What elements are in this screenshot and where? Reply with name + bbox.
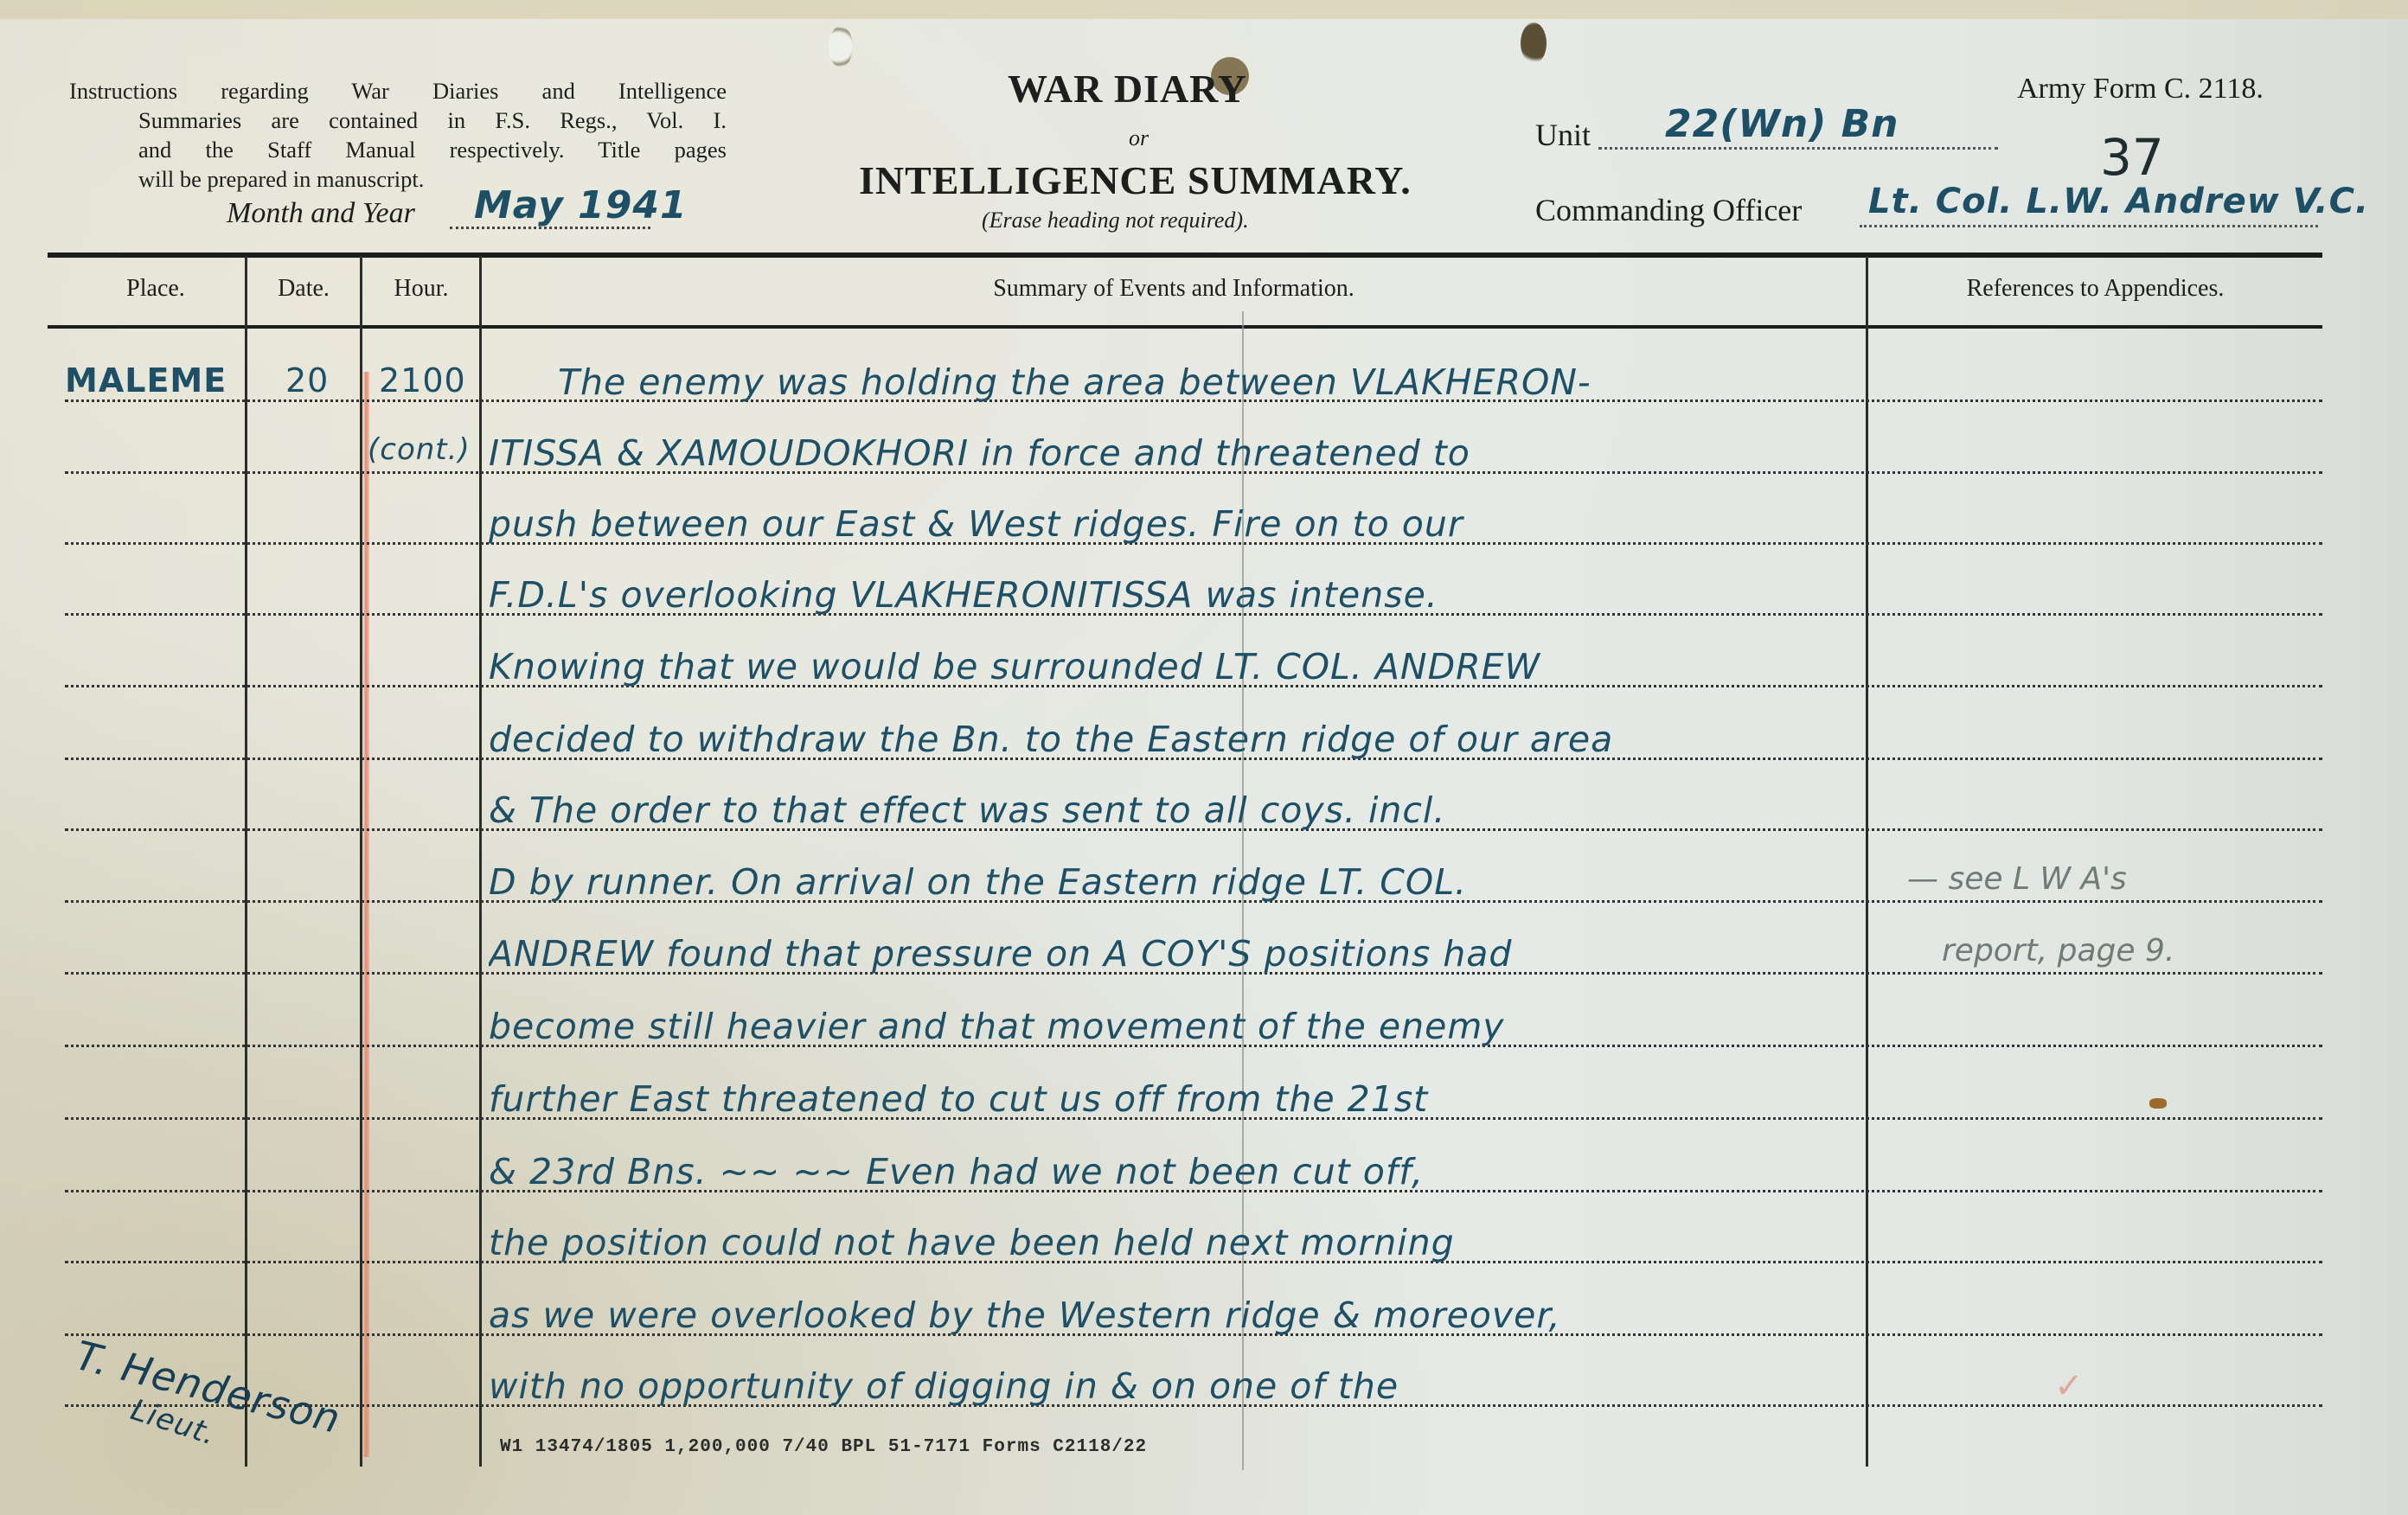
instructions-text: Instructions regarding War Diaries and I… bbox=[69, 76, 727, 194]
header-summary: Summary of Events and Information. bbox=[482, 275, 1866, 303]
summary-line: & The order to that effect was sent to a… bbox=[489, 789, 1855, 831]
commanding-officer-label: Commanding Officer bbox=[1535, 192, 1802, 228]
summary-line: push between our East & West ridges. Fir… bbox=[489, 503, 1855, 545]
column-divider-hour-summary bbox=[479, 256, 482, 1467]
table-top-rule bbox=[48, 252, 2322, 258]
page-number: 37 bbox=[2100, 128, 2164, 187]
punch-hole bbox=[1521, 22, 1547, 64]
summary-line: D by runner. On arrival on the Eastern r… bbox=[489, 861, 1855, 903]
unit-dotted-line bbox=[1598, 147, 1998, 150]
unit-value: 22(Wn) Bn bbox=[1665, 102, 1899, 146]
instructions-line: and the Staff Manual respectively. Title… bbox=[69, 135, 727, 164]
column-divider-date-hour bbox=[360, 256, 362, 1467]
summary-line: ANDREW found that pressure on A COY'S po… bbox=[489, 933, 1855, 975]
summary-line: ITISSA & XAMOUDOKHORI in force and threa… bbox=[489, 432, 1855, 474]
war-diary-page: Instructions regarding War Diaries and I… bbox=[0, 0, 2408, 1515]
summary-line: & 23rd Bns. ~~ ~~ Even had we not been c… bbox=[489, 1151, 1855, 1192]
column-divider-summary-references bbox=[1866, 256, 1868, 1467]
summary-line: as we were overlooked by the Western rid… bbox=[489, 1294, 1855, 1336]
header-place: Place. bbox=[69, 275, 242, 303]
army-form-number: Army Form C. 2118. bbox=[2017, 73, 2264, 105]
header-references: References to Appendices. bbox=[1868, 275, 2322, 303]
summary-line: Knowing that we would be surrounded LT. … bbox=[489, 646, 1855, 687]
entry-hour: 2100 bbox=[379, 361, 466, 400]
entry-place: MALEME bbox=[65, 361, 227, 400]
month-year-label: Month and Year bbox=[227, 197, 415, 230]
check-mark-icon: ✓ bbox=[2054, 1366, 2084, 1406]
instructions-line: Instructions regarding War Diaries and I… bbox=[69, 76, 727, 105]
title-or: or bbox=[1129, 125, 1149, 151]
paper-stain bbox=[2149, 1098, 2167, 1109]
summary-line: decided to withdraw the Bn. to the Easte… bbox=[489, 719, 1855, 760]
summary-line: become still heavier and that movement o… bbox=[489, 1006, 1855, 1047]
column-divider-place-date bbox=[245, 256, 247, 1467]
summary-line: further East threatened to cut us off fr… bbox=[489, 1078, 1855, 1120]
title-war-diary: WAR DIARY bbox=[1008, 66, 1247, 112]
header-date: Date. bbox=[247, 275, 360, 303]
title-erase-note: (Erase heading not required). bbox=[982, 208, 1249, 233]
summary-line: with no opportunity of digging in & on o… bbox=[489, 1365, 1855, 1407]
summary-line: The enemy was holding the area between V… bbox=[489, 361, 1924, 403]
commanding-officer-value: Lt. Col. L.W. Andrew V.C. bbox=[1868, 182, 2369, 221]
summary-line: F.D.L's overlooking VLAKHERONITISSA was … bbox=[489, 574, 1855, 616]
print-imprint: W1 13474/1805 1,200,000 7/40 BPL 51-7171… bbox=[500, 1437, 1147, 1457]
red-margin-line bbox=[363, 372, 369, 1457]
header-bottom-rule bbox=[48, 325, 2322, 329]
instructions-line: Summaries are contained in F.S. Regs., V… bbox=[69, 105, 727, 135]
unit-label: Unit bbox=[1535, 117, 1591, 153]
entry-date: 20 bbox=[285, 361, 329, 400]
month-year-value: May 1941 bbox=[474, 183, 688, 227]
summary-line: the position could not have been held ne… bbox=[489, 1222, 1855, 1263]
commanding-officer-dotted-line bbox=[1860, 225, 2318, 227]
references-note-line: — see L W A's bbox=[1907, 861, 2127, 897]
entry-hour-continued: (cont.) bbox=[368, 432, 471, 467]
title-intelligence-summary: INTELLIGENCE SUMMARY. bbox=[859, 157, 1412, 203]
page-top-edge bbox=[0, 0, 2408, 19]
punch-hole bbox=[829, 26, 853, 67]
header-hour: Hour. bbox=[363, 275, 479, 303]
references-note-line: report, page 9. bbox=[1942, 933, 2174, 968]
